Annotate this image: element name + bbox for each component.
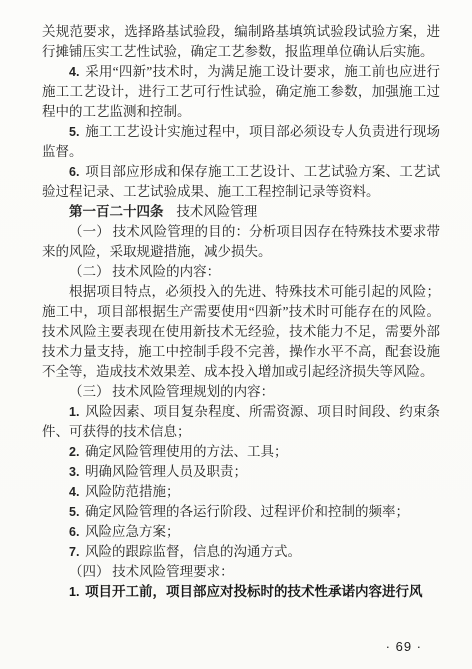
paragraph: 1.风险因素、项目复杂程度、所需资源、项目时间段、约束条件、可获得的技术信息； <box>42 402 440 442</box>
paragraph-text: 技术风险管理要求： <box>112 564 234 579</box>
item-label: （三） <box>69 384 110 399</box>
paragraph: 2.确定风险管理使用的方法、工具； <box>42 442 440 462</box>
paragraph-text: 风险应急方案； <box>85 524 180 539</box>
item-number: 5. <box>69 125 79 139</box>
paragraph-text: 确定风险管理的各运行阶段、过程评价和控制的频率； <box>85 504 409 519</box>
document-body: 关规范要求，选择路基试验段，编制路基填筑试验段试验方案，进行摊铺压实工艺性试验，… <box>42 22 440 602</box>
paragraph-text: 根据项目特点，必须投入的先进、特殊技术可能引起的风险；施工中，项目部根据生产需要… <box>42 284 440 379</box>
item-number: 5. <box>69 505 79 519</box>
item-number: 4. <box>69 65 79 79</box>
paragraph: （三）技术风险管理规划的内容： <box>42 382 440 402</box>
paragraph: 5.确定风险管理的各运行阶段、过程评价和控制的频率； <box>42 502 440 522</box>
document-page: 关规范要求，选择路基试验段，编制路基填筑试验段试验方案，进行摊铺压实工艺性试验，… <box>0 0 472 669</box>
article-heading: 第一百二十四条技术风险管理 <box>42 202 440 222</box>
paragraph: （一）技术风险管理的目的：分析项目因存在特殊技术要求带来的风险，采取规避措施，减… <box>42 222 440 262</box>
paragraph: 关规范要求，选择路基试验段，编制路基填筑试验段试验方案，进行摊铺压实工艺性试验，… <box>42 22 440 62</box>
page-footer: · 69 · <box>386 639 422 654</box>
item-number: 6. <box>69 525 79 539</box>
paragraph-text: 技术风险管理规划的内容： <box>112 384 274 399</box>
paragraph: 7.风险的跟踪监督，信息的沟通方式。 <box>42 542 440 562</box>
paragraph: 5.施工工艺设计实施过程中，项目部必须设专人负责进行现场监督。 <box>42 122 440 162</box>
paragraph-text: 采用“四新”技术时，为满足施工设计要求，施工前也应进行施工工艺设计，进行工艺可行… <box>42 64 440 119</box>
paragraph-text: 风险因素、项目复杂程度、所需资源、项目时间段、约束条件、可获得的技术信息； <box>42 404 440 439</box>
item-label: （四） <box>69 564 110 579</box>
item-number: 1. <box>69 405 79 419</box>
paragraph-text: 风险的跟踪监督，信息的沟通方式。 <box>85 544 301 559</box>
item-label: （二） <box>69 264 110 279</box>
paragraph: （四）技术风险管理要求： <box>42 562 440 582</box>
paragraph-text: 项目部应形成和保存施工工艺设计、工艺试验方案、工艺试验过程记录、工艺试验成果、施… <box>42 164 440 199</box>
paragraph: 根据项目特点，必须投入的先进、特殊技术可能引起的风险；施工中，项目部根据生产需要… <box>42 282 440 382</box>
paragraph-text: 关规范要求，选择路基试验段，编制路基填筑试验段试验方案，进行摊铺压实工艺性试验，… <box>42 24 440 59</box>
item-number: 2. <box>69 445 79 459</box>
item-number: 6. <box>69 165 79 179</box>
paragraph-text: 项目开工前，项目部应对投标时的技术性承诺内容进行风 <box>85 584 423 599</box>
article-title: 技术风险管理 <box>176 204 257 219</box>
paragraph: 1.项目开工前，项目部应对投标时的技术性承诺内容进行风 <box>42 582 440 602</box>
paragraph: 4.风险防范措施； <box>42 482 440 502</box>
paragraph-text: 明确风险管理人员及职责； <box>85 464 247 479</box>
paragraph: 4.采用“四新”技术时，为满足施工设计要求，施工前也应进行施工工艺设计，进行工艺… <box>42 62 440 122</box>
paragraph-text: 技术风险的内容： <box>112 264 220 279</box>
item-number: 3. <box>69 465 79 479</box>
paragraph: 6.风险应急方案； <box>42 522 440 542</box>
paragraph-text: 确定风险管理使用的方法、工具； <box>85 444 288 459</box>
paragraph-text: 施工工艺设计实施过程中，项目部必须设专人负责进行现场监督。 <box>42 124 440 159</box>
article-number: 第一百二十四条 <box>69 204 164 219</box>
paragraph: 6.项目部应形成和保存施工工艺设计、工艺试验方案、工艺试验过程记录、工艺试验成果… <box>42 162 440 202</box>
paragraph-text: 风险防范措施； <box>85 484 180 499</box>
item-label: （一） <box>69 224 110 239</box>
item-number: 4. <box>69 485 79 499</box>
page-number: · 69 · <box>386 639 422 654</box>
item-number: 1. <box>69 585 79 599</box>
item-number: 7. <box>69 545 79 559</box>
paragraph: （二）技术风险的内容： <box>42 262 440 282</box>
paragraph: 3.明确风险管理人员及职责； <box>42 462 440 482</box>
